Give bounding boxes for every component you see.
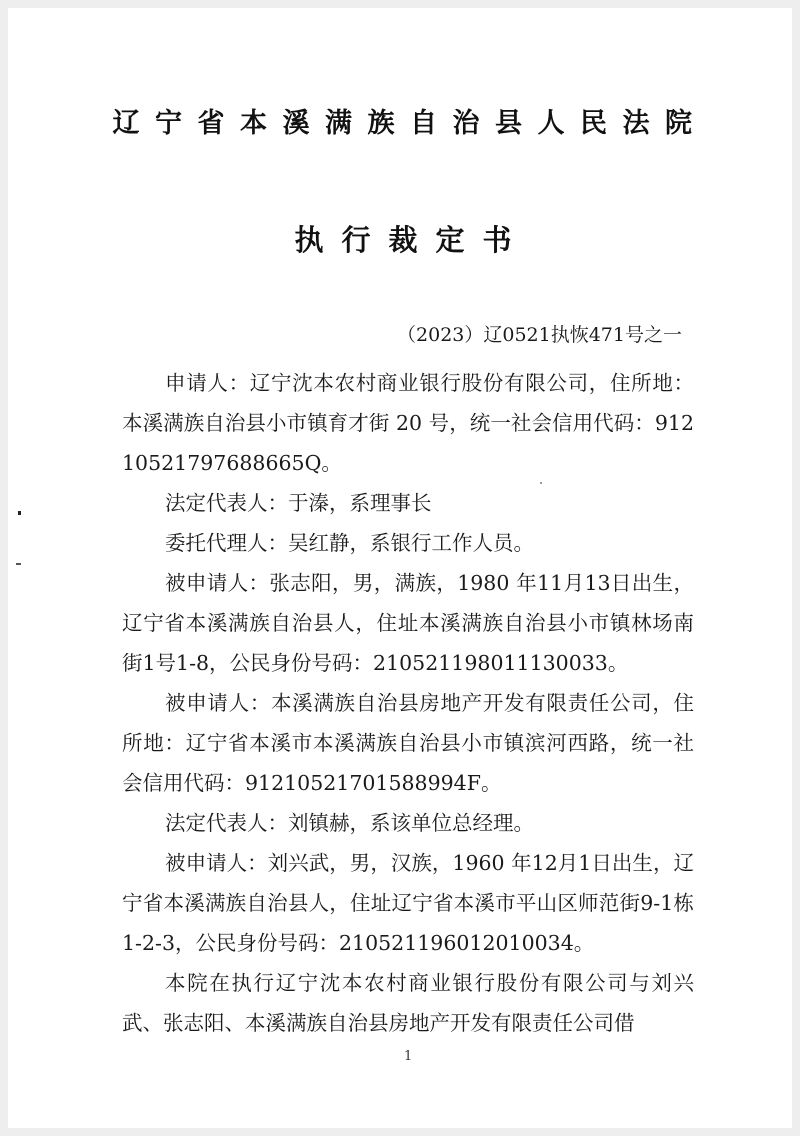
paragraph-respondent-zhang: 被申请人：张志阳，男，满族，1980 年11月13日出生，辽宁省本溪满族自治县人… — [122, 563, 694, 683]
paragraph-applicant-agent: 委托代理人：吴红静，系银行工作人员。 — [122, 523, 694, 563]
scan-artifact — [540, 482, 542, 484]
paragraph-applicant-legal-rep: 法定代表人：于溱，系理事长 — [122, 483, 694, 523]
paragraph-respondent-company: 被申请人：本溪满族自治县房地产开发有限责任公司，住所地：辽宁省本溪市本溪满族自治… — [122, 683, 694, 803]
page-number: 1 — [404, 1050, 412, 1064]
paragraph-applicant: 申请人：辽宁沈本农村商业银行股份有限公司，住所地：本溪满族自治县小市镇育才街 2… — [122, 363, 694, 483]
paragraph-respondent-company-legal-rep: 法定代表人：刘镇赫，系该单位总经理。 — [122, 803, 694, 843]
paragraph-respondent-liu: 被申请人：刘兴武，男，汉族，1960 年12月1日出生，辽宁省本溪满族自治县人，… — [122, 843, 694, 963]
scan-artifact — [18, 511, 21, 515]
court-name-heading: 辽宁省本溪满族自治县人民法院 — [8, 107, 800, 141]
paragraph-case-statement: 本院在执行辽宁沈本农村商业银行股份有限公司与刘兴武、张志阳、本溪满族自治县房地产… — [122, 963, 694, 1043]
document-page: 辽宁省本溪满族自治县人民法院 执行裁定书 （2023）辽0521执恢471号之一… — [8, 8, 792, 1128]
document-type-title: 执行裁定书 — [8, 221, 800, 259]
scan-artifact — [16, 563, 21, 565]
case-number: （2023）辽0521执恢471号之一 — [397, 321, 682, 349]
document-body: 申请人：辽宁沈本农村商业银行股份有限公司，住所地：本溪满族自治县小市镇育才街 2… — [122, 363, 694, 1043]
